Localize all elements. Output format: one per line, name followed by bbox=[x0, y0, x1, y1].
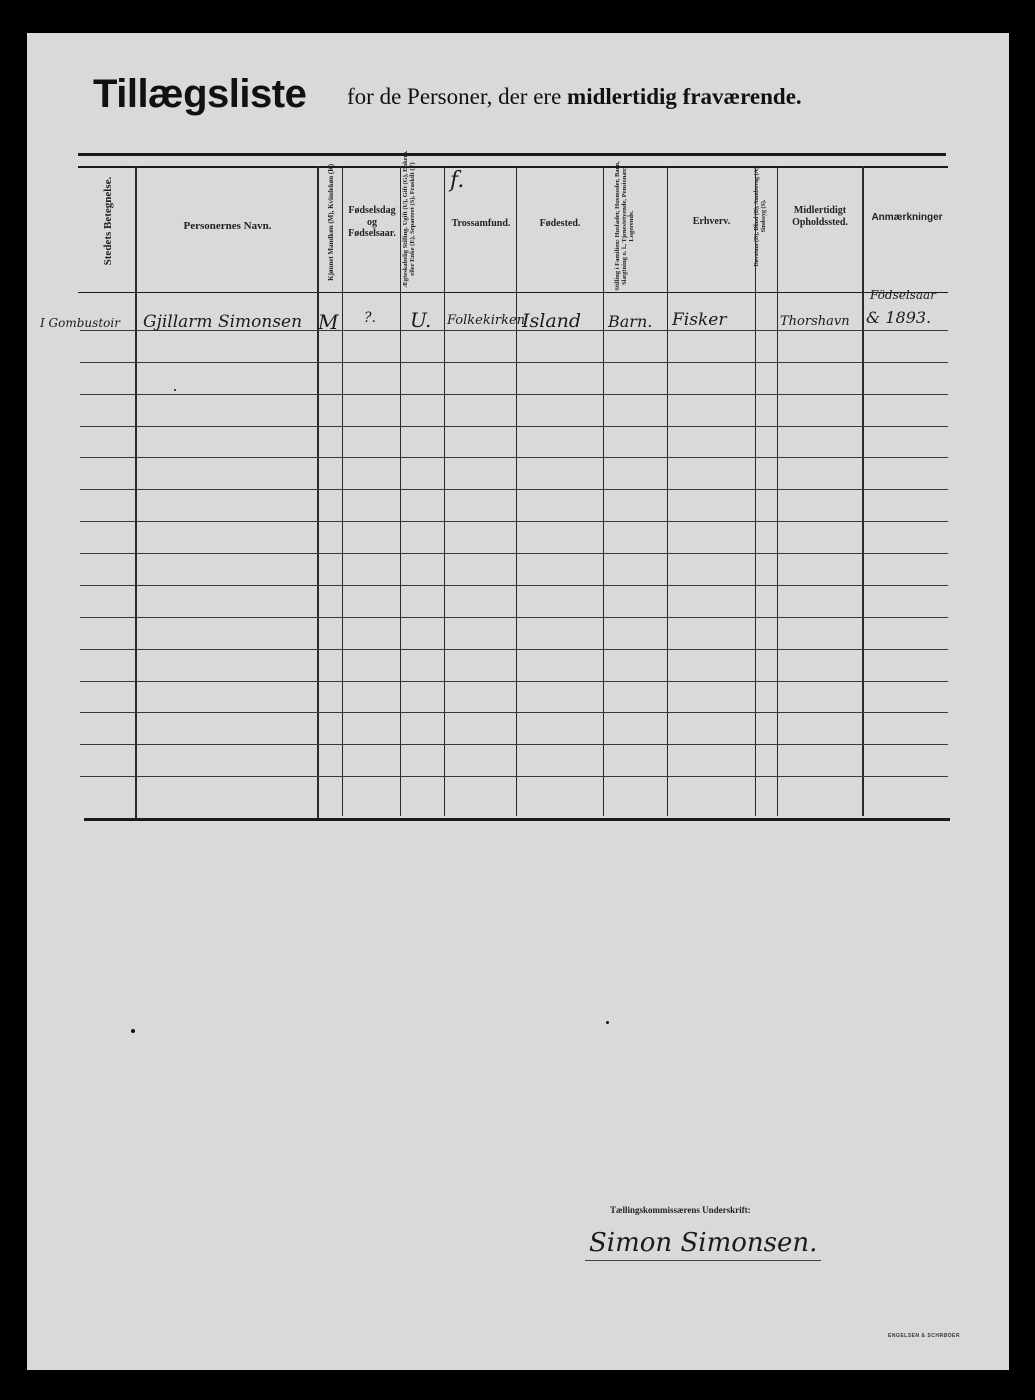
col-line bbox=[516, 166, 517, 816]
header-fodested: Fødested. bbox=[517, 218, 603, 230]
row-line bbox=[80, 489, 948, 490]
col-line bbox=[317, 166, 319, 821]
col-line bbox=[135, 166, 137, 821]
cell-erhverv: Fisker bbox=[672, 310, 726, 330]
signature-label: Tællingskommissærens Underskrift: bbox=[610, 1205, 751, 1215]
row-line bbox=[80, 426, 948, 427]
col-line bbox=[862, 166, 864, 816]
ink-dot bbox=[174, 389, 176, 391]
cell-anmaerkninger-line2: & 1893. bbox=[866, 308, 931, 327]
printer-mark: ENGELSEN & SCHRØDER bbox=[888, 1333, 960, 1339]
header-egteskabelig-stilling: Ægteskabelig Stilling. Ugift (U), Gift (… bbox=[402, 144, 440, 294]
signature: Simon Simonsen. bbox=[585, 1228, 821, 1261]
row-line bbox=[80, 744, 948, 745]
cell-midlertidigt-opholdssted: Thorshavn bbox=[780, 314, 850, 329]
header-personernes-navn: Personernes Navn. bbox=[140, 220, 315, 233]
row-line bbox=[80, 362, 948, 363]
cell-stedets-betegnelse: I Gombustoir bbox=[40, 316, 120, 330]
col-line bbox=[603, 166, 604, 816]
col-line bbox=[777, 166, 778, 816]
header-stilling-i-familien: Stilling i Familien: Husfader, Husmoder,… bbox=[614, 151, 666, 301]
header-kjonnet: Kjønnet Mandkøn (M), Kvindekøn (K) bbox=[328, 171, 336, 281]
row-line bbox=[80, 394, 948, 395]
cell-stilling-i-familien: Barn. bbox=[608, 312, 652, 331]
cell-fodselsdag: ?. bbox=[364, 310, 376, 326]
cell-personernes-navn: Gjillarm Simonsen bbox=[143, 312, 302, 332]
cell-trossamfund: Folkekirken bbox=[447, 313, 525, 328]
header-stedets-betegnelse: Stedets Betegnelse. bbox=[102, 171, 114, 271]
col-line bbox=[342, 166, 343, 816]
col-line bbox=[667, 166, 668, 816]
cell-anmaerkninger-line1: Födselsaar bbox=[870, 288, 936, 302]
col-line bbox=[755, 166, 756, 816]
header-annotation: f. bbox=[450, 168, 464, 193]
cell-egteskabelig-stilling: U. bbox=[410, 308, 431, 332]
form-subtitle: for de Personer, der ere midlertidig fra… bbox=[347, 84, 802, 110]
header-anmaerkninger: Anmærkninger bbox=[863, 212, 951, 224]
cell-fodested: Island bbox=[522, 310, 581, 332]
row-line bbox=[80, 649, 948, 650]
row-line bbox=[80, 617, 948, 618]
row-line bbox=[80, 457, 948, 458]
row-line bbox=[80, 776, 948, 777]
ink-dot bbox=[131, 1029, 135, 1033]
form-title: Tillægsliste bbox=[93, 72, 306, 117]
subtitle-part-1: for de Personer, der ere bbox=[347, 84, 561, 109]
top-rule bbox=[78, 153, 946, 156]
row-line bbox=[80, 521, 948, 522]
subtitle-part-2: midlertidig fraværende. bbox=[567, 84, 802, 109]
header-fodselsdag: Fødselsdag og Fødselsaar. bbox=[344, 205, 400, 240]
row-line bbox=[80, 553, 948, 554]
header-bottom-rule bbox=[78, 166, 948, 168]
row-line bbox=[80, 712, 948, 713]
header-trossamfund: Trossamfund. bbox=[446, 218, 516, 230]
col-line bbox=[400, 166, 401, 816]
row-line bbox=[80, 681, 948, 682]
header-erhverv: Erhverv. bbox=[668, 216, 755, 228]
header-midlertidigt-opholdssted: Midlertidigt Opholdssted. bbox=[790, 205, 850, 228]
col-line bbox=[444, 166, 445, 816]
header-dovstum: Døvstum (D), Blind (B), Aandssvag (A), S… bbox=[754, 156, 776, 276]
ink-dot bbox=[606, 1021, 609, 1024]
row-line bbox=[80, 585, 948, 586]
bottom-rule bbox=[84, 818, 950, 821]
header-divider bbox=[78, 292, 948, 293]
cell-kjonnet: M bbox=[318, 310, 338, 334]
